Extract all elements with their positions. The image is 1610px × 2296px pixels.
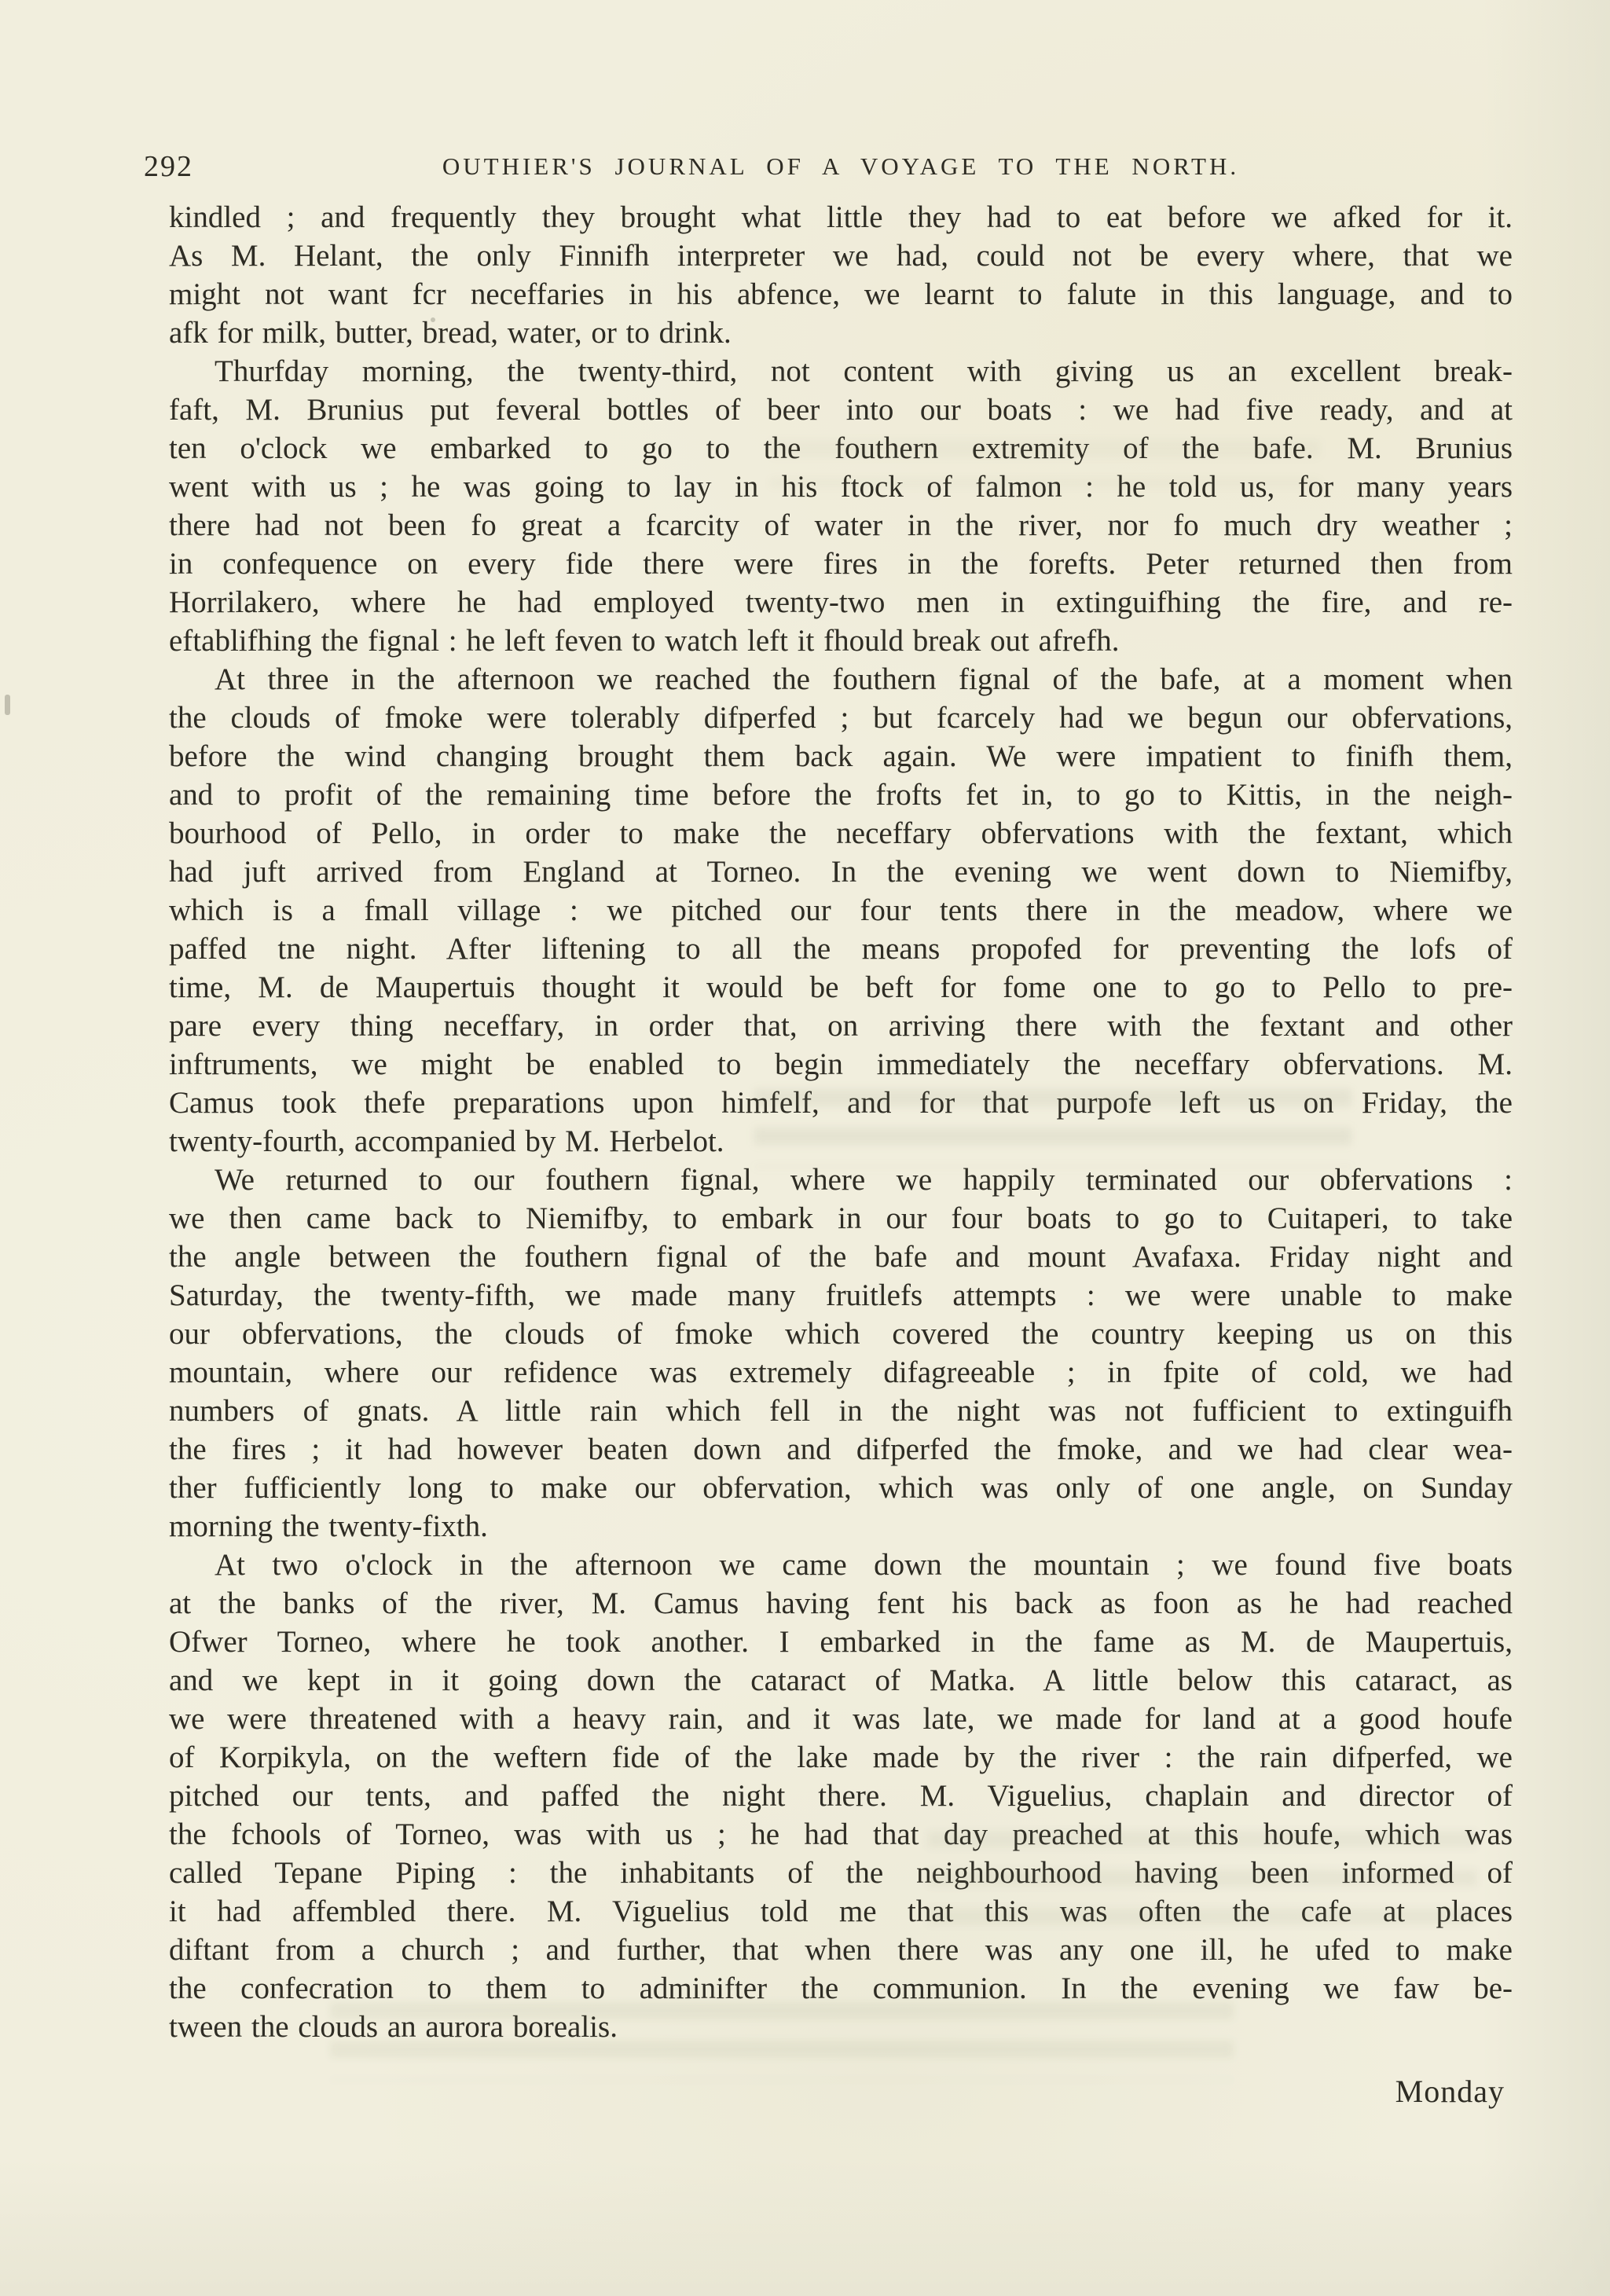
catchword: Monday [1395,2073,1505,2110]
text-line: inftruments, we might be enabled to begi… [169,1045,1513,1084]
text-line: went with us ; he was going to lay in hi… [169,468,1513,506]
text-line: At two o'clock in the afternoon we came … [169,1546,1513,1584]
text-line: the fchools of Torneo, was with us ; he … [169,1815,1513,1854]
text-line: We returned to our fouthern fignal, wher… [169,1161,1513,1199]
text-line: Camus took thefe preparations upon himfe… [169,1084,1513,1122]
text-line: at the banks of the river, M. Camus havi… [169,1584,1513,1623]
text-line: and we kept in it going down the catarac… [169,1661,1513,1700]
text-line: Saturday, the twenty-fifth, we made many… [169,1276,1513,1315]
paper-speck [1440,869,1444,873]
text-line: paffed tne night. After liftening to all… [169,930,1513,968]
text-line: of Korpikyla, on the weftern fide of the… [169,1738,1513,1777]
text-line: ther fufficiently long to make our obfer… [169,1469,1513,1507]
text-line: the confecration to them to adminifter t… [169,1969,1513,2008]
text-line: the angle between the fouthern fignal of… [169,1238,1513,1276]
text-line: in confequence on every fide there were … [169,545,1513,583]
text-line: Ofwer Torneo, where he took another. I e… [169,1623,1513,1661]
paper-speck [5,695,10,715]
text-line: Thurfday morning, the twenty-third, not … [169,352,1513,391]
text-line: afk for milk, butter, bread, water, or t… [169,314,1513,352]
text-line: morning the twenty-fixth. [169,1507,1513,1546]
running-head: 292 OUTHIER'S JOURNAL OF A VOYAGE TO THE… [169,148,1513,184]
text-line: we then came back to Niemifby, to embark… [169,1199,1513,1238]
text-line: we were threatened with a heavy rain, an… [169,1700,1513,1738]
text-line: faft, M. Brunius put feveral bottles of … [169,391,1513,429]
text-line: the fires ; it had however beaten down a… [169,1430,1513,1469]
paper-speck [431,317,435,322]
text-line: numbers of gnats. A little rain which fe… [169,1392,1513,1430]
text-line: eftablifhing the fignal : he left feven … [169,622,1513,660]
scanned-book-page: { "page": { "number": "292", "running_ti… [0,0,1610,2296]
text-line: had juft arrived from England at Torneo.… [169,853,1513,891]
text-line: our obfervations, the clouds of fmoke wh… [169,1315,1513,1353]
text-line: it had affembled there. M. Viguelius tol… [169,1892,1513,1931]
text-line: the clouds of fmoke were tolerably difpe… [169,699,1513,737]
text-line: called Tepane Piping : the inhabitants o… [169,1854,1513,1892]
text-line: tween the clouds an aurora borealis. [169,2008,1513,2046]
text-line: before the wind changing brought them ba… [169,737,1513,776]
text-line: might not want fcr neceffaries in his ab… [169,275,1513,314]
text-line: diftant from a church ; and further, tha… [169,1931,1513,1969]
text-line: time, M. de Maupertuis thought it would … [169,968,1513,1007]
running-title: OUTHIER'S JOURNAL OF A VOYAGE TO THE NOR… [169,152,1513,181]
text-line: there had not been fo great a fcarcity o… [169,506,1513,545]
text-line: Horrilakero, where he had employed twent… [169,583,1513,622]
text-line: At three in the afternoon we reached the… [169,660,1513,699]
text-line: As M. Helant, the only Finnifh interpret… [169,237,1513,275]
text-line: which is a fmall village : we pitched ou… [169,891,1513,930]
text-line: bourhood of Pello, in order to make the … [169,814,1513,853]
text-line: ten o'clock we embarked to go to the fou… [169,429,1513,468]
text-line: and to profit of the remaining time befo… [169,776,1513,814]
text-line: mountain, where our refidence was extrem… [169,1353,1513,1392]
text-line: kindled ; and frequently they brought wh… [169,198,1513,237]
text-line: pare every thing neceffary, in order tha… [169,1007,1513,1045]
text-line: twenty-fourth, accompanied by M. Herbelo… [169,1122,1513,1161]
text-block: kindled ; and frequently they brought wh… [169,198,1513,2046]
text-line: pitched our tents, and paffed the night … [169,1777,1513,1815]
